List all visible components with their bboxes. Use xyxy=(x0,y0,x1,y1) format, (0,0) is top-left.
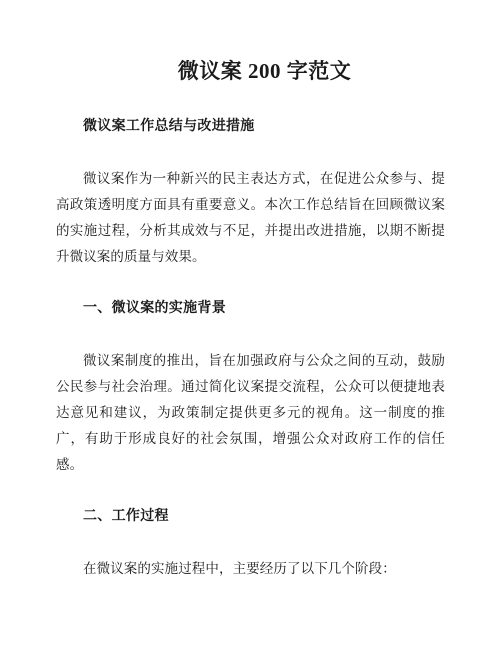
section-heading-background: 一、微议案的实施背景 xyxy=(56,296,445,322)
paragraph-process: 在微议案的实施过程中，主要经历了以下几个阶段： xyxy=(56,556,445,582)
paragraph-intro: 微议案作为一种新兴的民主表达方式，在促进公众参与、提高政策透明度方面具有重要意义… xyxy=(56,166,445,270)
section-heading-process: 二、工作过程 xyxy=(56,504,445,530)
section-heading-summary: 微议案工作总结与改进措施 xyxy=(56,114,445,140)
paragraph-background: 微议案制度的推出，旨在加强政府与公众之间的互动，鼓励公民参与社会治理。通过简化议… xyxy=(56,348,445,478)
document-title: 微议案 200 字范文 xyxy=(56,57,445,85)
document-page: 微议案 200 字范文 微议案工作总结与改进措施 微议案作为一种新兴的民主表达方… xyxy=(0,0,500,647)
